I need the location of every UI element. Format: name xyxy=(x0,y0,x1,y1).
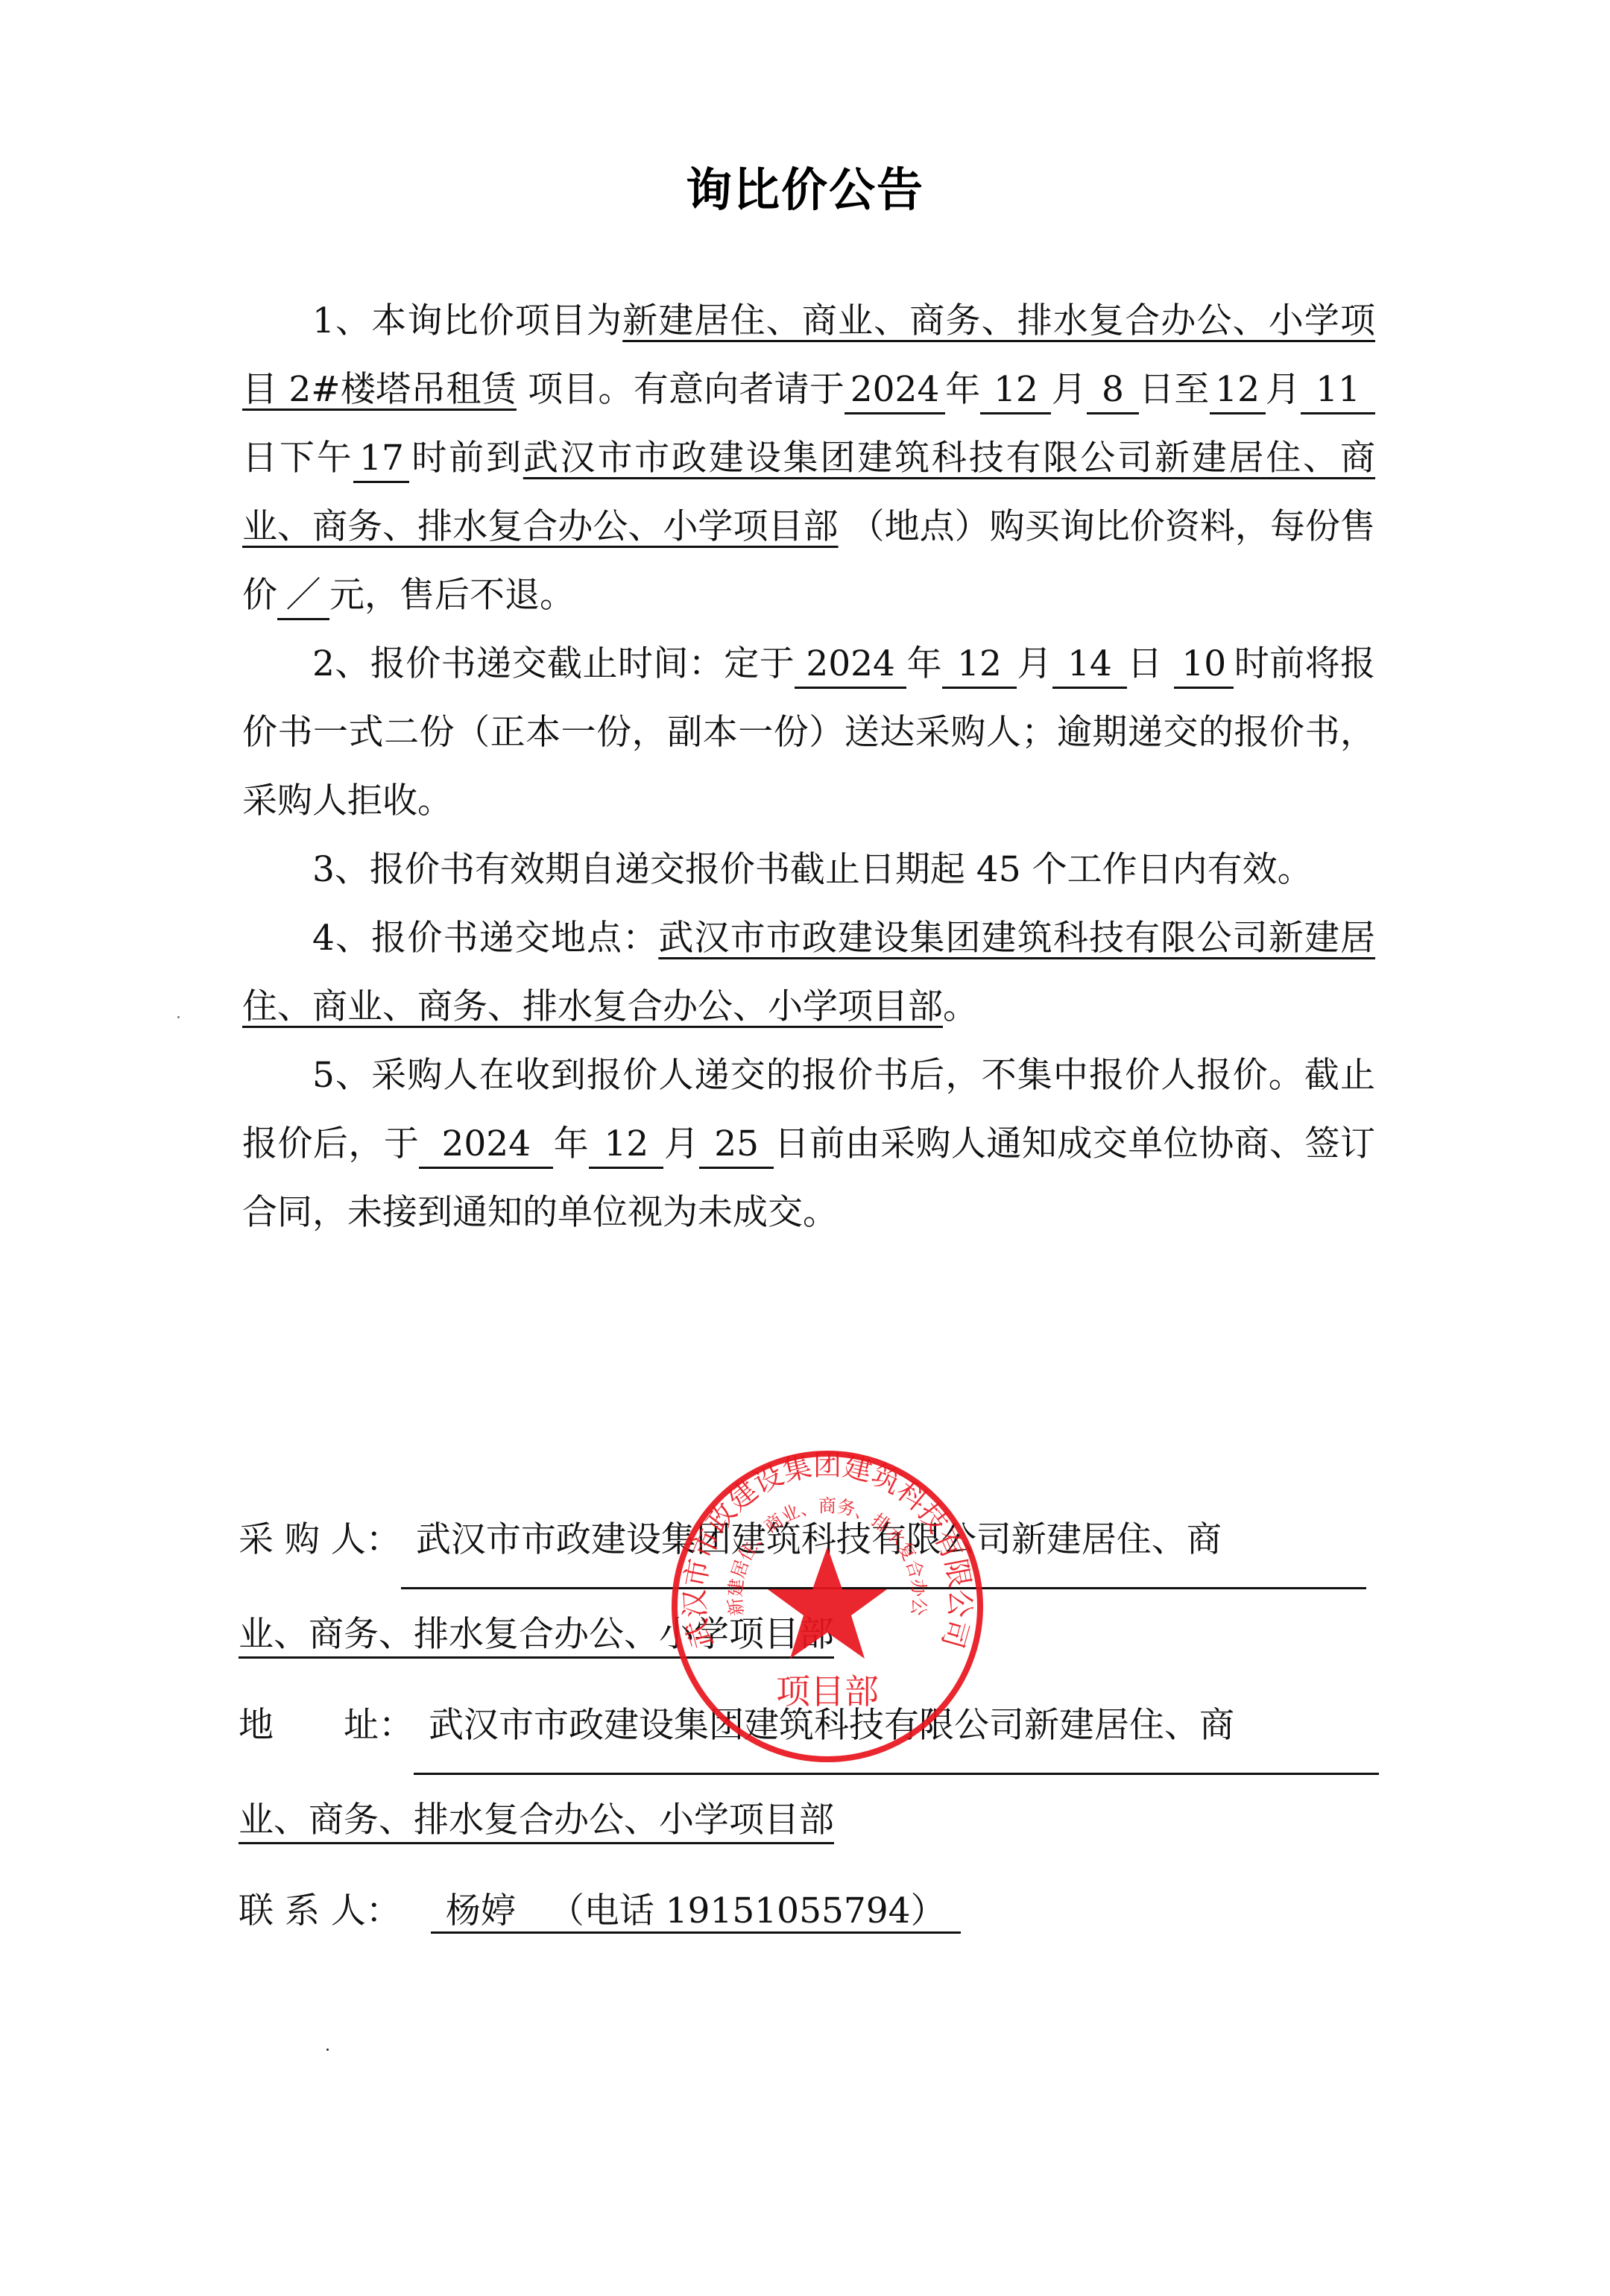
start-month: 12 xyxy=(980,368,1051,414)
address-label: 地 址： xyxy=(239,1680,414,1771)
afternoon-label: 日下午 xyxy=(242,438,353,479)
purchaser-row: 采 购 人：武汉市市政建设集团建筑科技有限公司新建居住、商 xyxy=(239,1495,1386,1589)
purchaser-row-2: 业、商务、排水复合办公、小学项目部 xyxy=(239,1589,1386,1680)
contact-phone: （电话 19151055794） xyxy=(549,1890,946,1931)
end-month: 12 xyxy=(1210,368,1266,414)
paragraph-2: 2、报价书递交截止时间：定于2024年12月14日 10时前将报价书一式二份（正… xyxy=(242,630,1375,836)
p1-mid: 项目。有意向者请于 xyxy=(528,369,845,410)
year-label: 年 xyxy=(945,369,980,410)
document-page: 询比价公告 1、本询比价项目为新建居住、商业、商务、排水复合办公、小学项目 2#… xyxy=(0,0,1610,2296)
paragraph-5: 5、采购人在收到报价人递交的报价书后，不集中报价人报价。截止报价后，于2024年… xyxy=(242,1041,1375,1247)
year-label: 年 xyxy=(553,1123,589,1164)
notify-day: 25 xyxy=(699,1122,774,1169)
page-title: 询比价公告 xyxy=(0,153,1610,219)
month-label: 月 xyxy=(1051,369,1086,410)
contact-value: 杨婷 （电话 19151055794） xyxy=(431,1890,961,1934)
month-label: 月 xyxy=(1017,643,1052,684)
address-value-line1: 武汉市市政建设集团建筑科技有限公司新建居住、商 xyxy=(414,1680,1379,1775)
paragraph-3: 3、报价书有效期自递交报价书截止日期起 45 个工作日内有效。 xyxy=(242,836,1375,904)
p4-suffix: 。 xyxy=(943,986,978,1027)
month-label: 月 xyxy=(663,1123,699,1164)
month-label-2: 月 xyxy=(1266,369,1301,410)
p1-prefix: 1、本询比价项目为 xyxy=(312,300,622,341)
purchaser-value-line2: 业、商务、排水复合办公、小学项目部 xyxy=(239,1614,834,1659)
address-value-line2: 业、商务、排水复合办公、小学项目部 xyxy=(239,1800,834,1844)
purchaser-value-line1: 武汉市市政建设集团建筑科技有限公司新建居住、商 xyxy=(401,1495,1366,1589)
deadline-day: 14 xyxy=(1052,642,1127,689)
contact-name: 杨婷 xyxy=(446,1890,516,1931)
deadline-year: 2024 xyxy=(795,642,906,689)
p4-prefix: 4、报价书递交地点： xyxy=(312,918,658,959)
year-label: 年 xyxy=(906,643,942,684)
p2-prefix: 2、报价书递交截止时间：定于 xyxy=(312,643,795,684)
scan-speck xyxy=(177,1016,180,1018)
address-row-2: 业、商务、排水复合办公、小学项目部 xyxy=(239,1775,1386,1866)
deadline-month: 12 xyxy=(942,642,1017,689)
paragraph-4: 4、报价书递交地点：武汉市市政建设集团建筑科技有限公司新建居住、商业、商务、排水… xyxy=(242,904,1375,1041)
price-suffix: 元，售后不退。 xyxy=(329,575,575,616)
purchaser-label: 采 购 人： xyxy=(239,1495,401,1586)
notify-month: 12 xyxy=(589,1122,663,1169)
notify-year: 2024 xyxy=(419,1122,553,1169)
end-hour: 17 xyxy=(353,436,409,483)
contact-label: 联 系 人： xyxy=(239,1866,401,1957)
address-row: 地 址：武汉市市政建设集团建筑科技有限公司新建居住、商 xyxy=(239,1680,1386,1775)
price-per-copy: ／ xyxy=(277,573,329,620)
scan-speck xyxy=(326,2049,329,2051)
day-label: 日 xyxy=(1127,643,1163,684)
end-day: 11 xyxy=(1301,368,1375,414)
start-day: 8 xyxy=(1087,368,1139,414)
body-text: 1、本询比价项目为新建居住、商业、商务、排水复合办公、小学项目 2#楼塔吊租赁 … xyxy=(242,287,1375,1247)
start-year: 2024 xyxy=(845,368,945,414)
before-label: 时前到 xyxy=(409,438,523,479)
contact-row: 联 系 人：杨婷 （电话 19151055794） xyxy=(239,1866,1386,1957)
day-to-label: 日至 xyxy=(1139,369,1210,410)
signature-block: 采 购 人：武汉市市政建设集团建筑科技有限公司新建居住、商 业、商务、排水复合办… xyxy=(239,1495,1386,1957)
deadline-hour: 10 xyxy=(1174,642,1234,689)
paragraph-1: 1、本询比价项目为新建居住、商业、商务、排水复合办公、小学项目 2#楼塔吊租赁 … xyxy=(242,287,1375,630)
